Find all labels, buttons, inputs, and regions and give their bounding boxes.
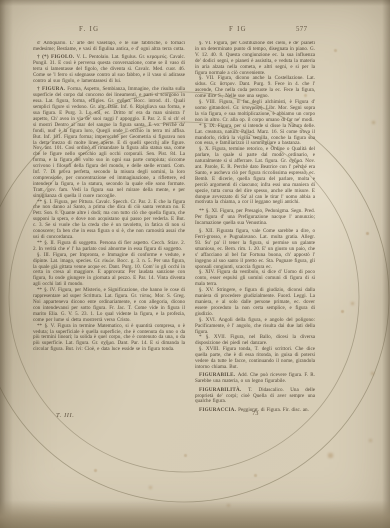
scanned-book-page: F. IG F IG 577 d' Antiquario. L' arte de… — [0, 0, 390, 528]
paragraph: ** §. V. Figura in termine Matematico, s… — [33, 324, 185, 354]
right-column: §. VI. Figura, per Costituzione del ciel… — [195, 41, 315, 417]
paragraph: §. VI. Figura, per Costituzione del ciel… — [195, 41, 315, 76]
page-top-edge-shadow — [0, 0, 390, 6]
paragraph: §. X. Figura, termine retorico, e Ordine… — [195, 147, 315, 206]
page-bottom-edge-shadow — [0, 500, 390, 528]
paragraph: ** §. II. Figura di soggetto. Persona di… — [33, 241, 185, 253]
paragraph: §. III. Figura, per Impronta, e Immagine… — [33, 253, 185, 288]
dictionary-entry: † (*) FIGOLO. V. L. Pentolaio. Lat. figu… — [33, 55, 185, 85]
paragraph: * §. IX. Figura, per si intende si disse… — [195, 124, 315, 148]
paragraph: ** §. I. Figura, per Pittura. Cavalc. Sp… — [33, 200, 185, 241]
page-left-edge-shadow — [0, 0, 13, 528]
sheet-signature: 73 — [252, 410, 258, 417]
paragraph: §. VII. Figura, dicono anche la Costella… — [195, 76, 315, 100]
paragraph: §. XV. Stringere, e figura di giudizio, … — [195, 288, 315, 318]
entry-headword: † (*) FIGOLO. — [37, 54, 77, 60]
dictionary-entry: FIGURABILITÀ. T. Didascalico. Una delle … — [195, 388, 315, 406]
paragraph: §. XVI. Angoli della figura, e angolo de… — [195, 318, 315, 336]
entry-headword: FIGURACCIA. — [199, 407, 238, 413]
dictionary-entry: FIGURABILE. Add. Che può ricevere figura… — [195, 373, 315, 385]
left-column: d' Antiquario. L' arte del vasellajo, e … — [33, 41, 185, 417]
paragraph: ** §. XI. Figura, per Presagio, Pedonigm… — [195, 209, 315, 227]
entry-headword: FIGURABILE. — [199, 372, 238, 378]
entry-headword: † FIGURA. — [37, 86, 67, 92]
dictionary-entry: † FIGURA. Forma, Aspetto, Sembianza, Imm… — [33, 87, 185, 199]
paragraph: d' Antiquario. L' arte del vasellajo, e … — [33, 41, 185, 53]
paragraph: §. XIV. Figura da vestibolo, si dice d' … — [195, 270, 315, 288]
entry-headword: FIGURABILITÀ. — [199, 387, 248, 393]
paragraph: §. XII. Figurata figura, vale Come sareb… — [195, 229, 315, 270]
running-title-right: F IG — [229, 26, 247, 33]
text-block: d' Antiquario. L' arte del vasellajo, e … — [33, 41, 315, 417]
volume-mark: T. III. — [56, 412, 74, 419]
page-number: 577 — [296, 26, 307, 33]
paragraph: §. XVIII. Figura tonda, T. degli scritto… — [195, 347, 315, 371]
page-right-edge-shadow — [382, 0, 390, 528]
paragraph: ** §. IV. Figura, per Misterio, e Signif… — [33, 288, 185, 323]
paragraph: §. VIII. Figura, il far degli alchimisti… — [195, 100, 315, 124]
running-title-left: F. IG — [79, 26, 99, 33]
